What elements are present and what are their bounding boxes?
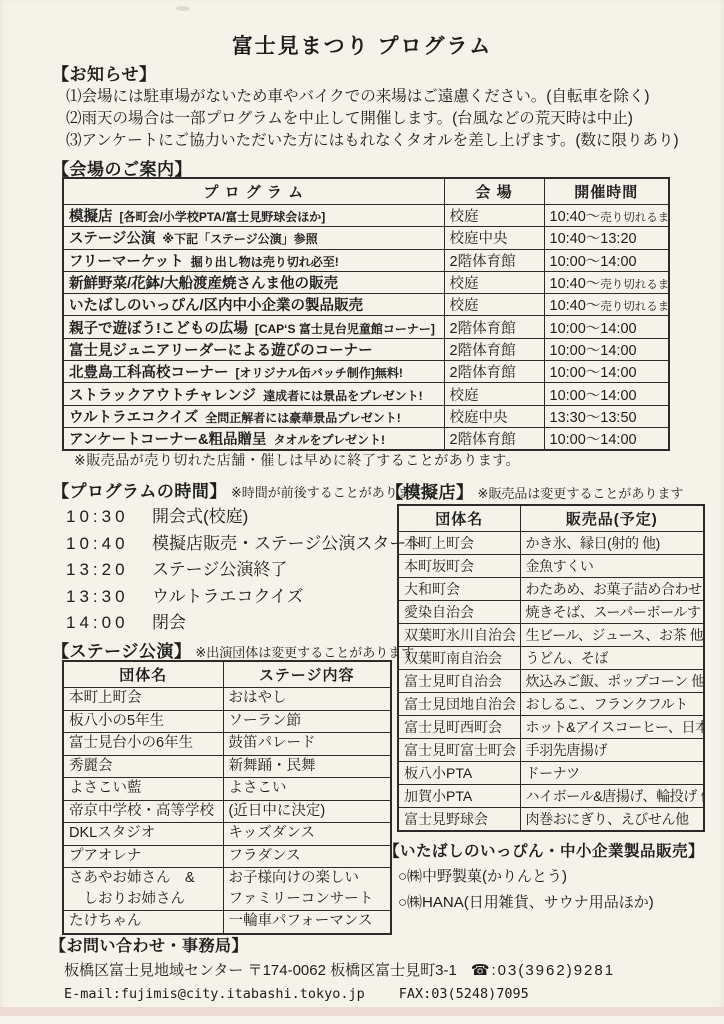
time-cell: 10:00〜14:00 <box>544 338 669 360</box>
place-cell: 2階体育館 <box>444 249 544 271</box>
program-note: 全問正解者には豪華景品プレゼント! <box>205 411 401 425</box>
program-cell: ストラックアウトチャレンジ達成者には景品をプレゼント! <box>63 383 444 405</box>
program-cell: いたばしのいっぴん/区内中小企業の製品販売 <box>63 294 444 316</box>
program-cell: アンケートコーナー&粗品贈呈タオルをプレゼント! <box>63 427 444 450</box>
time-cell: 10:00〜14:00 <box>544 427 669 450</box>
time-cell: 10:40〜売り切れるまで <box>544 271 669 293</box>
time-cell: 10:00〜14:00 <box>544 316 669 338</box>
time-cell: 10:00〜14:00 <box>544 383 669 405</box>
stage-table-row: たけちゃん 一輪車パフォーマンス <box>63 911 391 934</box>
group-cell: 板八小の5年生 <box>63 710 223 733</box>
place-cell: 2階体育館 <box>444 427 544 450</box>
mogiten-table-row: 愛染自治会 焼きそば、スーパーボールすくい <box>398 601 704 624</box>
mogiten-table-row: 大和町会 わたあめ、お菓子詰め合わせ <box>398 578 704 601</box>
program-cell: 模擬店[各町会/小学校PTA/富士見野球会ほか] <box>63 205 444 227</box>
event-label: 閉会 <box>152 613 186 632</box>
place-cell: 校庭 <box>444 294 544 316</box>
program-times-heading-text: 【プログラムの時間】 <box>52 482 227 501</box>
program-note: ※下記「ステージ公演」参照 <box>162 232 317 246</box>
place-cell: 校庭 <box>444 383 544 405</box>
group-cell: たけちゃん <box>63 911 223 934</box>
group-cell: DKLスタジオ <box>63 823 223 846</box>
mogiten-col-items: 販売品(予定) <box>520 505 704 532</box>
mogiten-table-row: 双葉町氷川自治会 生ビール、ジュース、お茶 他 <box>398 624 704 647</box>
venue-col-program: プ ロ グ ラ ム <box>63 178 444 205</box>
program-note: 達成者には景品をプレゼント! <box>263 389 423 403</box>
items-cell: 金魚すくい <box>520 555 704 578</box>
group-cell: 富士見町西町会 <box>398 716 520 739</box>
time-value: 13:20 <box>66 557 152 584</box>
group-cell: 本町坂町会 <box>398 555 520 578</box>
time-cell: 13:30〜13:50 <box>544 405 669 427</box>
items-cell: おしるこ、フランクフルト <box>520 693 704 716</box>
time-value: 10:40〜13:20 <box>550 231 637 247</box>
program-time-item: 10:30開会式(校庭) <box>66 504 423 531</box>
program-time-item: 10:40模擬店販売・ステージ公演スタート <box>66 531 423 558</box>
group-cell: よさこい藍 <box>63 778 223 801</box>
program-cell: 北豊島工科高校コーナー[オリジナル缶バッチ制作]無料! <box>63 361 444 383</box>
stage-table-row: さあやお姉さん & しおりお姉さん お子様向けの楽しい ファミリーコンサート <box>63 868 391 911</box>
group-cell: 富士見団地自治会 <box>398 693 520 716</box>
venue-table: プ ロ グ ラ ム 会 場 開催時間 模擬店[各町会/小学校PTA/富士見野球会… <box>62 177 670 451</box>
event-label: 模擬店販売・ステージ公演スタート <box>152 534 423 553</box>
stage-note: ※出演団体は変更することがあります <box>195 645 414 660</box>
mogiten-table-row: 富士見町自治会 炊込みご飯、ポップコーン 他 <box>398 670 704 693</box>
contact-email: E-mail:fujimis@city.itabashi.tokyo.jp <box>64 986 365 1002</box>
program-name: ウルトラエコクイズ <box>69 410 198 426</box>
time-value: 10:40〜 <box>550 209 601 225</box>
time-value: 10:40 <box>66 531 152 558</box>
items-cell: ホット&アイスコーヒー、日本酒 他 <box>520 716 704 739</box>
mogiten-table-row: 双葉町南自治会 うどん、そば <box>398 647 704 670</box>
program-note: タオルをプレゼント! <box>274 433 386 447</box>
scan-edge-light <box>0 1016 724 1024</box>
program-name: ストラックアウトチャレンジ <box>69 388 256 404</box>
items-cell: ドーナツ <box>520 762 704 785</box>
group-cell: 愛染自治会 <box>398 601 520 624</box>
page-title: 富士見まつり プログラム <box>0 30 724 60</box>
stage-col-group: 団体名 <box>63 661 223 688</box>
items-cell: 手羽先唐揚げ <box>520 739 704 762</box>
group-cell: 加賀小PTA <box>398 785 520 808</box>
time-note: 売り切れるまで <box>600 279 669 291</box>
group-cell: さあやお姉さん & しおりお姉さん <box>63 868 223 911</box>
notice-item: ⑴会場には駐車場がないため車やバイクでの来場はご遠慮ください。(自転車を除く) <box>66 86 679 108</box>
venue-table-row: フリーマーケット掘り出し物は売り切れ必至! 2階体育館 10:00〜14:00 <box>63 249 669 271</box>
program-cell: 富士見ジュニアリーダーによる遊びのコーナー <box>63 338 444 360</box>
group-cell: 双葉町南自治会 <box>398 647 520 670</box>
program-note: 掘り出し物は売り切れ必至! <box>191 255 339 269</box>
time-value: 10:00〜14:00 <box>550 365 637 381</box>
items-cell: 肉巻おにぎり、えびせん他 <box>520 808 704 832</box>
venue-table-row: 模擬店[各町会/小学校PTA/富士見野球会ほか] 校庭 10:40〜売り切れるま… <box>63 205 669 227</box>
time-value: 13:30〜13:50 <box>550 410 637 426</box>
time-note: 売り切れるまで <box>600 301 669 313</box>
event-label: 開会式(校庭) <box>152 507 248 526</box>
stage-heading-text: 【ステージ公演】 <box>52 642 191 661</box>
place-cell: 2階体育館 <box>444 338 544 360</box>
contact-address-line: 板橋区富士見地域センター 〒174-0062 板橋区富士見町3-1☎:03(39… <box>64 959 615 980</box>
group-cell: 大和町会 <box>398 578 520 601</box>
program-name: いたばしのいっぴん/区内中小企業の製品販売 <box>69 298 363 314</box>
event-label: ウルトラエコクイズ <box>152 587 303 606</box>
venue-table-row: 富士見ジュニアリーダーによる遊びのコーナー 2階体育館 10:00〜14:00 <box>63 338 669 360</box>
time-cell: 10:40〜13:20 <box>544 227 669 249</box>
time-value: 14:00 <box>66 610 152 637</box>
time-value: 10:00〜14:00 <box>550 321 637 337</box>
items-cell: うどん、そば <box>520 647 704 670</box>
content-cell: 鼓笛パレード <box>223 733 391 756</box>
program-name: 富士見ジュニアリーダーによる遊びのコーナー <box>69 343 373 359</box>
program-cell: 親子で遊ぼう!こどもの広場[CAP‘S 富士見台児童館コーナー] <box>63 316 444 338</box>
group-cell: 帝京中学校・高等学校 <box>63 800 223 823</box>
stage-table-row: プアオレナ フラダンス <box>63 845 391 868</box>
time-cell: 10:00〜14:00 <box>544 249 669 271</box>
venue-table-row: ウルトラエコクイズ全問正解者には豪華景品プレゼント! 校庭中央 13:30〜13… <box>63 405 669 427</box>
items-cell: かき氷、縁日(射的 他) <box>520 532 704 555</box>
time-value: 10:00〜14:00 <box>550 432 637 448</box>
contact-phone: ☎:03(3962)9281 <box>471 962 615 979</box>
group-cell: プアオレナ <box>63 845 223 868</box>
time-cell: 10:00〜14:00 <box>544 361 669 383</box>
program-name: アンケートコーナー&粗品贈呈 <box>69 432 267 448</box>
stage-table-row: 秀麗会 新舞踊・民舞 <box>63 755 391 778</box>
venue-table-row: 北豊島工科高校コーナー[オリジナル缶バッチ制作]無料! 2階体育館 10:00〜… <box>63 361 669 383</box>
content-cell: ソーラン節 <box>223 710 391 733</box>
program-cell: フリーマーケット掘り出し物は売り切れ必至! <box>63 249 444 271</box>
time-value: 13:30 <box>66 584 152 611</box>
program-time-item: 13:20ステージ公演終了 <box>66 557 423 584</box>
program-times-heading: 【プログラムの時間】※時間が前後することがあります <box>52 477 424 502</box>
place-cell: 2階体育館 <box>444 361 544 383</box>
stage-table-header-row: 団体名 ステージ内容 <box>63 661 391 688</box>
stage-table-row: 富士見台小の6年生 鼓笛パレード <box>63 733 391 756</box>
time-cell: 10:40〜売り切れるまで <box>544 205 669 227</box>
ippin-item: ○㈱中野製菓(かりんとう) <box>398 864 654 890</box>
program-cell: 新鮮野菜/花鉢/大船渡産焼さんま他の販売 <box>63 271 444 293</box>
program-name: 北豊島工科高校コーナー <box>69 365 229 381</box>
mogiten-heading: 【模擬店】※販売品は変更することがあります <box>386 478 683 503</box>
time-note: 売り切れるまで <box>600 212 669 224</box>
notice-item: ⑵雨天の場合は一部プログラムを中止して開催します。(台風などの荒天時は中止) <box>66 108 679 130</box>
time-value: 10:00〜14:00 <box>550 388 637 404</box>
program-note: [CAP‘S 富士見台児童館コーナー] <box>255 322 435 336</box>
mogiten-table-row: 富士見野球会 肉巻おにぎり、えびせん他 <box>398 808 704 832</box>
venue-table-row: 親子で遊ぼう!こどもの広場[CAP‘S 富士見台児童館コーナー] 2階体育館 1… <box>63 316 669 338</box>
mogiten-table-row: 加賀小PTA ハイボール&唐揚げ、輪投げ 他 <box>398 785 704 808</box>
mogiten-table-row: 板八小PTA ドーナツ <box>398 762 704 785</box>
venue-table-row: いたばしのいっぴん/区内中小企業の製品販売 校庭 10:40〜売り切れるまで <box>63 294 669 316</box>
notice-list: ⑴会場には駐車場がないため車やバイクでの来場はご遠慮ください。(自転車を除く)⑵… <box>66 86 679 152</box>
content-cell: おはやし <box>223 688 391 711</box>
items-cell: わたあめ、お菓子詰め合わせ <box>520 578 704 601</box>
time-value: 10:40〜 <box>550 298 601 314</box>
stage-col-content: ステージ内容 <box>223 661 391 688</box>
mogiten-table-row: 富士見団地自治会 おしるこ、フランクフルト <box>398 693 704 716</box>
ippin-list: ○㈱中野製菓(かりんとう)○㈱HANA(日用雑貨、サウナ用品ほか) <box>398 864 654 915</box>
mogiten-table-row: 本町坂町会 金魚すくい <box>398 555 704 578</box>
program-note: [各町会/小学校PTA/富士見野球会ほか] <box>120 210 326 224</box>
mogiten-note: ※販売品は変更することがあります <box>478 486 684 501</box>
place-cell: 校庭 <box>444 205 544 227</box>
content-cell: キッズダンス <box>223 823 391 846</box>
program-name: フリーマーケット <box>69 254 184 270</box>
program-cell: ウルトラエコクイズ全問正解者には豪華景品プレゼント! <box>63 405 444 427</box>
group-cell: 秀麗会 <box>63 755 223 778</box>
content-cell: 新舞踊・民舞 <box>223 755 391 778</box>
program-times-list: 10:30開会式(校庭)10:40模擬店販売・ステージ公演スタート13:20ステ… <box>66 504 423 637</box>
program-name: ステージ公演 <box>69 231 155 247</box>
place-cell: 校庭中央 <box>444 227 544 249</box>
group-cell: 富士見町富士町会 <box>398 739 520 762</box>
content-cell: フラダンス <box>223 845 391 868</box>
venue-col-place: 会 場 <box>444 178 544 205</box>
venue-table-row: 新鮮野菜/花鉢/大船渡産焼さんま他の販売 校庭 10:40〜売り切れるまで <box>63 271 669 293</box>
items-cell: 焼きそば、スーパーボールすくい <box>520 601 704 624</box>
notice-heading: 【お知らせ】 <box>52 60 157 85</box>
program-name: 模擬店 <box>69 209 113 225</box>
ippin-item: ○㈱HANA(日用雑貨、サウナ用品ほか) <box>398 890 654 916</box>
venue-table-row: ストラックアウトチャレンジ達成者には景品をプレゼント! 校庭 10:00〜14:… <box>63 383 669 405</box>
mogiten-table-header-row: 団体名 販売品(予定) <box>398 505 704 532</box>
time-value: 10:30 <box>66 504 152 531</box>
place-cell: 校庭中央 <box>444 405 544 427</box>
group-cell: 板八小PTA <box>398 762 520 785</box>
program-time-item: 13:30ウルトラエコクイズ <box>66 584 423 611</box>
mogiten-table-row: 富士見町西町会 ホット&アイスコーヒー、日本酒 他 <box>398 716 704 739</box>
contact-address: 板橋区富士見地域センター 〒174-0062 板橋区富士見町3-1 <box>64 962 457 979</box>
program-name: 新鮮野菜/花鉢/大船渡産焼さんま他の販売 <box>69 276 338 292</box>
items-cell: ハイボール&唐揚げ、輪投げ 他 <box>520 785 704 808</box>
program-cell: ステージ公演※下記「ステージ公演」参照 <box>63 227 444 249</box>
scan-edge-pink <box>0 1007 724 1016</box>
event-label: ステージ公演終了 <box>152 560 287 579</box>
group-cell: 富士見台小の6年生 <box>63 733 223 756</box>
time-value: 10:40〜 <box>550 276 601 292</box>
venue-footnote: ※販売品が売り切れた店舗・催しは早めに終了することがあります。 <box>74 450 520 470</box>
notice-item: ⑶アンケートにご協力いただいた方にはもれなくタオルを差し上げます。(数に限りあり… <box>66 130 679 152</box>
festival-program-flyer: 富士見まつり プログラム 【お知らせ】 ⑴会場には駐車場がないため車やバイクでの… <box>0 0 724 1024</box>
items-cell: 生ビール、ジュース、お茶 他 <box>520 624 704 647</box>
time-value: 10:00〜14:00 <box>550 343 637 359</box>
venue-table-row: アンケートコーナー&粗品贈呈タオルをプレゼント! 2階体育館 10:00〜14:… <box>63 427 669 450</box>
group-cell: 本町上町会 <box>63 688 223 711</box>
venue-col-time: 開催時間 <box>544 178 669 205</box>
content-cell: 一輪車パフォーマンス <box>223 911 391 934</box>
mogiten-col-group: 団体名 <box>398 505 520 532</box>
group-cell: 双葉町氷川自治会 <box>398 624 520 647</box>
content-cell: お子様向けの楽しい ファミリーコンサート <box>223 868 391 911</box>
mogiten-table-row: 本町上町会 かき氷、縁日(射的 他) <box>398 532 704 555</box>
stage-heading: 【ステージ公演】※出演団体は変更することがあります <box>52 637 414 662</box>
stage-table-row: DKLスタジオ キッズダンス <box>63 823 391 846</box>
ippin-heading: 【いたばしのいっぴん・中小企業製品販売】 <box>384 839 704 861</box>
group-cell: 富士見野球会 <box>398 808 520 832</box>
group-cell: 本町上町会 <box>398 532 520 555</box>
stage-table-row: よさこい藍 よさこい <box>63 778 391 801</box>
mogiten-table-row: 富士見町富士町会 手羽先唐揚げ <box>398 739 704 762</box>
contact-heading: 【お問い合わせ・事務局】 <box>50 933 248 956</box>
stage-table-row: 帝京中学校・高等学校 (近日中に決定) <box>63 800 391 823</box>
time-cell: 10:40〜売り切れるまで <box>544 294 669 316</box>
mogiten-heading-text: 【模擬店】 <box>386 483 474 502</box>
time-value: 10:00〜14:00 <box>550 254 637 270</box>
stage-table-row: 本町上町会 おはやし <box>63 688 391 711</box>
mogiten-table: 団体名 販売品(予定) 本町上町会 かき氷、縁日(射的 他) 本町坂町会 金魚す… <box>397 504 705 832</box>
program-name: 親子で遊ぼう!こどもの広場 <box>69 321 248 337</box>
contact-email-line: E-mail:fujimis@city.itabashi.tokyo.jpFAX… <box>64 986 529 1002</box>
stage-table: 団体名 ステージ内容 本町上町会 おはやし 板八小の5年生 ソーラン節 富士見台… <box>62 660 392 935</box>
stage-table-row: 板八小の5年生 ソーラン節 <box>63 710 391 733</box>
scan-smudge <box>176 6 190 11</box>
program-note: [オリジナル缶バッチ制作]無料! <box>236 366 403 380</box>
place-cell: 2階体育館 <box>444 316 544 338</box>
items-cell: 炊込みご飯、ポップコーン 他 <box>520 670 704 693</box>
contact-fax: FAX:03(5248)7095 <box>399 986 529 1002</box>
program-time-item: 14:00閉会 <box>66 610 423 637</box>
place-cell: 校庭 <box>444 271 544 293</box>
content-cell: (近日中に決定) <box>223 800 391 823</box>
venue-table-header-row: プ ロ グ ラ ム 会 場 開催時間 <box>63 178 669 205</box>
group-cell: 富士見町自治会 <box>398 670 520 693</box>
content-cell: よさこい <box>223 778 391 801</box>
venue-table-row: ステージ公演※下記「ステージ公演」参照 校庭中央 10:40〜13:20 <box>63 227 669 249</box>
